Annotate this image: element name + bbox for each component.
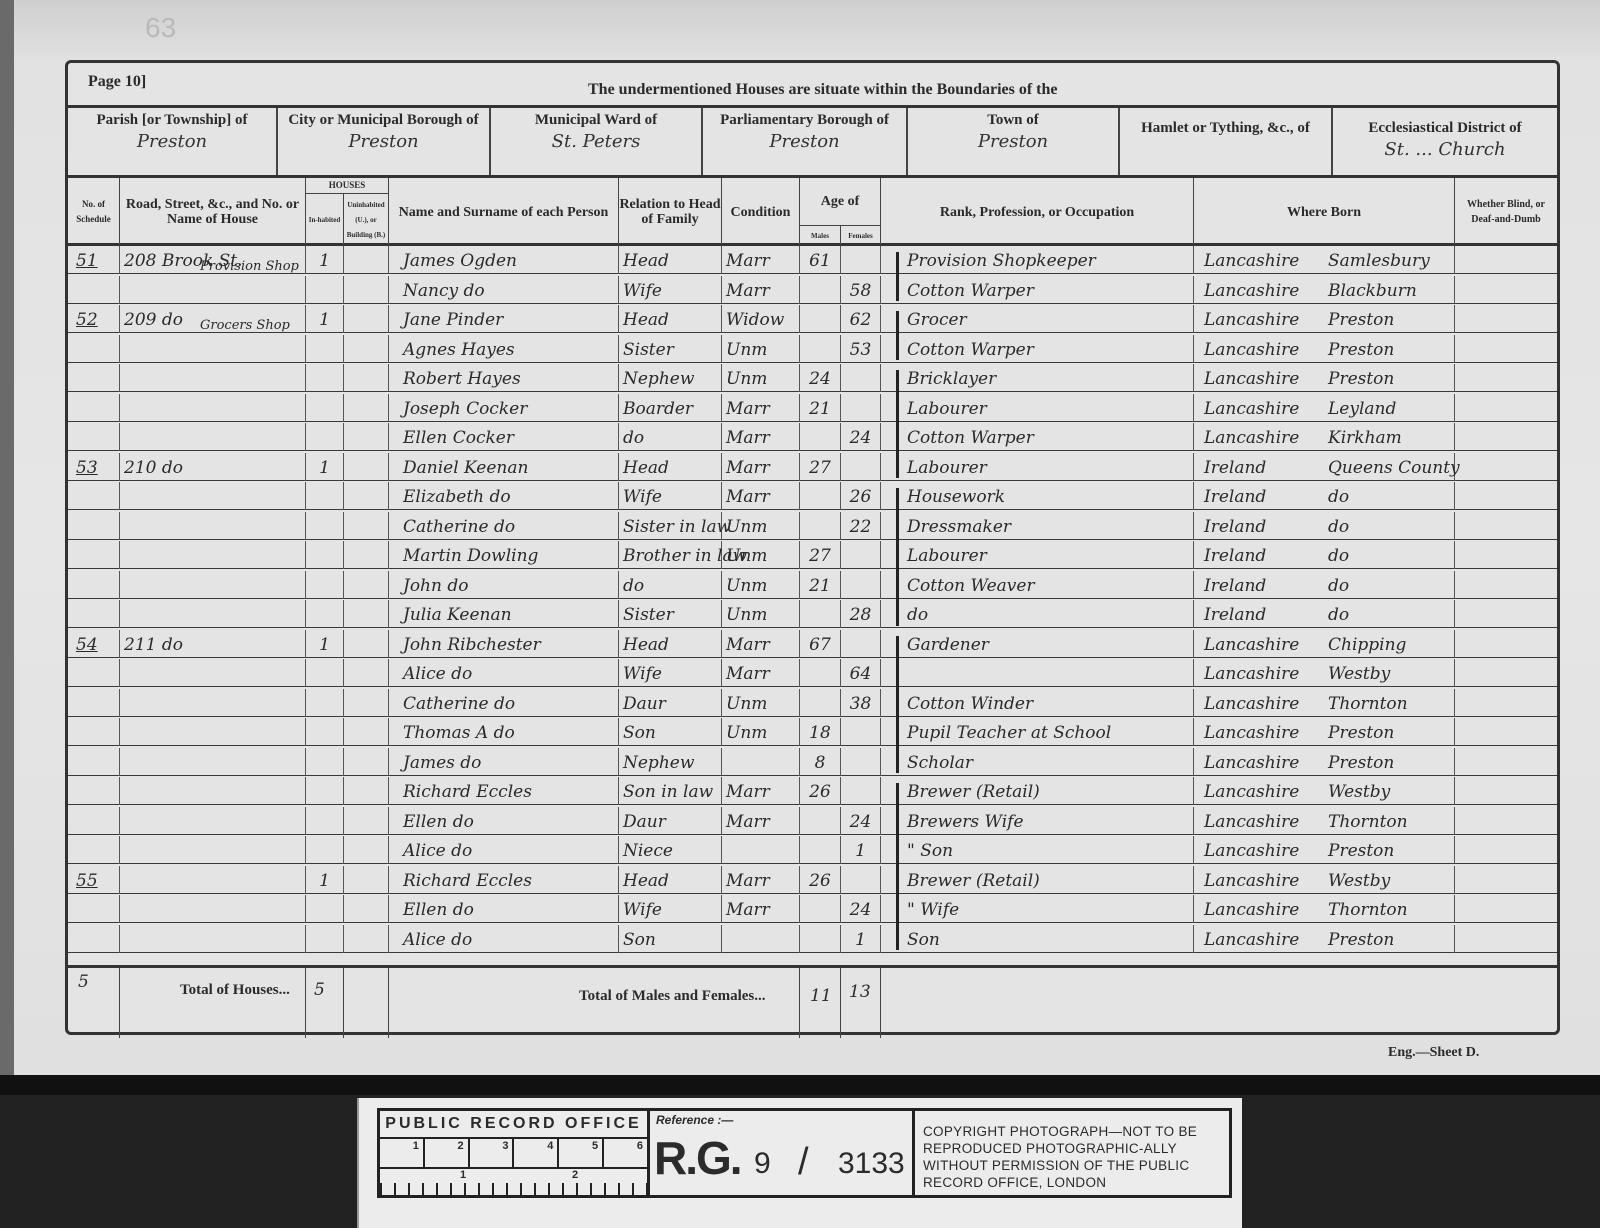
cm-tick: 5 [559, 1139, 604, 1167]
female-age: 38 [841, 689, 881, 717]
marital-condition: Marr [722, 630, 800, 658]
parliamentary-cell: Parliamentary Borough of Preston [703, 108, 908, 175]
inch-scale: 1 2 [380, 1169, 647, 1195]
street-address [120, 895, 306, 923]
male-age [800, 600, 841, 628]
ecclesiastical-label: Ecclesiastical District of [1333, 108, 1557, 137]
female-age: 26 [841, 482, 881, 510]
reference-piece: 9 [754, 1147, 771, 1181]
inhabited-count [306, 689, 344, 717]
table-row: John dodoUnm21Cotton WeaverIrelanddo [68, 571, 1557, 599]
occupation: Cotton Warper [881, 335, 1194, 363]
marital-condition: Marr [722, 659, 800, 687]
male-age: 18 [800, 718, 841, 746]
ecclesiastical-value: St. ... Church [1333, 139, 1557, 160]
house-name: Grocers Shop [120, 305, 306, 333]
occupation: Brewer (Retail) [881, 777, 1194, 805]
birth-county: Lancashire [1194, 423, 1324, 451]
inhabited-count [306, 512, 344, 540]
table-row: Martin DowlingBrother in lawUnm27Laboure… [68, 541, 1557, 569]
ecclesiastical-cell: Ecclesiastical District of St. ... Churc… [1333, 108, 1557, 175]
col-uninhabited: Uninhabited (U.), or Building (B.) [344, 194, 389, 246]
relation-to-head: Wife [619, 895, 722, 923]
schedule-number [68, 689, 120, 717]
borough-label: City or Municipal Borough of [278, 108, 489, 129]
birth-place: Preston [1324, 364, 1455, 392]
relation-to-head: Sister [619, 335, 722, 363]
marital-condition: Unm [722, 512, 800, 540]
household-brace [896, 783, 899, 950]
birth-place: Westby [1324, 777, 1455, 805]
street-address [120, 335, 306, 363]
person-name: John do [389, 571, 619, 599]
person-name: Alice do [389, 925, 619, 953]
person-name: Agnes Hayes [389, 335, 619, 363]
schedule-number [68, 335, 120, 363]
empty-cell [344, 394, 389, 422]
female-age [841, 394, 881, 422]
inch-tick: 1 [460, 1169, 466, 1181]
page-label: Page 10] [88, 73, 146, 91]
marital-condition: Marr [722, 423, 800, 451]
parish-cell: Parish [or Township] of Preston [68, 108, 278, 175]
birth-place: do [1324, 482, 1455, 510]
street-address [120, 394, 306, 422]
female-age [841, 777, 881, 805]
col-age: Age of [800, 178, 881, 226]
empty-cell [344, 866, 389, 894]
occupation: " Wife [881, 895, 1194, 923]
female-age: 24 [841, 895, 881, 923]
col-houses: HOUSES [306, 178, 389, 194]
birth-county: Ireland [1194, 512, 1324, 540]
female-age: 24 [841, 807, 881, 835]
empty-cell [344, 600, 389, 628]
occupation: Labourer [881, 394, 1194, 422]
person-name: Robert Hayes [389, 364, 619, 392]
schedule-number [68, 541, 120, 569]
schedule-number [68, 777, 120, 805]
public-record-office-label: PUBLIC RECORD OFFICE 1 2 3 4 5 6 1 2 Ref… [357, 1098, 1242, 1228]
birth-county: Lancashire [1194, 718, 1324, 746]
birth-place: Preston [1324, 925, 1455, 953]
relation-to-head: Boarder [619, 394, 722, 422]
male-age [800, 305, 841, 333]
empty-cell [1455, 512, 1557, 540]
person-name: Thomas A do [389, 718, 619, 746]
birth-county: Ireland [1194, 541, 1324, 569]
census-scan: 63 Page 10] The undermentioned Houses ar… [0, 0, 1600, 1075]
col-males: Males [800, 226, 841, 246]
table-row: Alice doSon1SonLancashirePreston [68, 925, 1557, 953]
street-address [120, 541, 306, 569]
household-brace [896, 370, 899, 478]
table-row: 51208 Brook St.1James OgdenHeadMarr61Pro… [68, 246, 1557, 274]
birth-county: Lancashire [1194, 394, 1324, 422]
table-row: Julia KeenanSisterUnm28doIrelanddo [68, 600, 1557, 628]
table-row: 551Richard EcclesHeadMarr26Brewer (Retai… [68, 866, 1557, 894]
empty-cell [344, 364, 389, 392]
schedule-number: 54 [68, 630, 120, 658]
female-age: 58 [841, 276, 881, 304]
table-row: Ellen doWifeMarr24" WifeLancashireThornt… [68, 895, 1557, 923]
empty-cell [1455, 630, 1557, 658]
street-address [120, 777, 306, 805]
person-name: Ellen do [389, 895, 619, 923]
person-name: Alice do [389, 836, 619, 864]
female-age: 1 [841, 836, 881, 864]
occupation: Labourer [881, 453, 1194, 481]
birth-county: Lancashire [1194, 335, 1324, 363]
parish-label: Parish [or Township] of [68, 108, 276, 129]
table-row: Joseph CockerBoarderMarr21LabourerLancas… [68, 394, 1557, 422]
birth-county: Lancashire [1194, 777, 1324, 805]
relation-to-head: Wife [619, 659, 722, 687]
marital-condition: Unm [722, 541, 800, 569]
male-age: 27 [800, 541, 841, 569]
male-age [800, 807, 841, 835]
empty-cell [1455, 600, 1557, 628]
empty-cell [1455, 453, 1557, 481]
birth-county: Lancashire [1194, 866, 1324, 894]
relation-to-head: Daur [619, 689, 722, 717]
female-age [841, 748, 881, 776]
cm-tick: 2 [425, 1139, 470, 1167]
inhabited-count: 1 [306, 246, 344, 274]
male-age: 67 [800, 630, 841, 658]
occupation: Housework [881, 482, 1194, 510]
column-header-row: No. of Schedule Road, Street, &c., and N… [68, 178, 1557, 246]
birth-county: Ireland [1194, 482, 1324, 510]
schedule-number [68, 423, 120, 451]
schedule-number [68, 394, 120, 422]
empty-cell [1455, 541, 1557, 569]
schedule-number [68, 276, 120, 304]
birth-place: Queens County [1324, 453, 1455, 481]
relation-to-head: Head [619, 866, 722, 894]
street-address: 211 do [120, 630, 306, 658]
total-schedules-cell: 5 [68, 968, 120, 1038]
col-females: Females [841, 226, 881, 246]
occupation: Labourer [881, 541, 1194, 569]
birth-place: Samlesbury [1324, 246, 1455, 274]
col-schedule: No. of Schedule [68, 178, 120, 246]
empty-cell [344, 512, 389, 540]
inhabited-count: 1 [306, 453, 344, 481]
birth-place: Preston [1324, 335, 1455, 363]
empty-cell [1455, 276, 1557, 304]
relation-to-head: Head [619, 246, 722, 274]
female-age [841, 571, 881, 599]
inhabited-count [306, 364, 344, 392]
cm-tick: 4 [514, 1139, 559, 1167]
town-value: Preston [908, 131, 1118, 152]
marital-condition: Marr [722, 246, 800, 274]
sheet-label: Eng.—Sheet D. [1388, 1045, 1479, 1061]
male-age [800, 423, 841, 451]
birth-place: do [1324, 541, 1455, 569]
birth-county: Ireland [1194, 600, 1324, 628]
street-address [120, 423, 306, 451]
occupation: Brewer (Retail) [881, 866, 1194, 894]
male-age [800, 895, 841, 923]
birth-county: Lancashire [1194, 246, 1324, 274]
birth-place: Preston [1324, 836, 1455, 864]
inhabited-count [306, 600, 344, 628]
table-row: Nancy doWifeMarr58Cotton WarperLancashir… [68, 276, 1557, 304]
empty-cell [344, 718, 389, 746]
street-address [120, 571, 306, 599]
birth-county: Ireland [1194, 453, 1324, 481]
marital-condition: Unm [722, 600, 800, 628]
table-row: Elizabeth doWifeMarr26HouseworkIrelanddo [68, 482, 1557, 510]
col-condition: Condition [722, 178, 800, 246]
relation-to-head: Sister in law [619, 512, 722, 540]
relation-to-head: Wife [619, 276, 722, 304]
col-blind-deaf: Whether Blind, or Deaf-and-Dumb [1455, 178, 1557, 246]
inhabited-count: 1 [306, 866, 344, 894]
ward-label: Municipal Ward of [491, 108, 701, 129]
schedule-number [68, 748, 120, 776]
female-age [841, 866, 881, 894]
empty-cell [344, 482, 389, 510]
birth-county: Lancashire [1194, 689, 1324, 717]
occupation: Son [881, 925, 1194, 953]
street-address [120, 482, 306, 510]
occupation: Provision Shopkeeper [881, 246, 1194, 274]
person-name: Richard Eccles [389, 866, 619, 894]
male-age: 26 [800, 866, 841, 894]
empty-cell [344, 689, 389, 717]
form-title-row: Page 10] The undermentioned Houses are s… [68, 63, 1557, 108]
empty-cell [344, 453, 389, 481]
street-address [120, 836, 306, 864]
person-name: Richard Eccles [389, 777, 619, 805]
total-females-cell: 13 [841, 968, 881, 1038]
birth-place: Westby [1324, 659, 1455, 687]
marital-condition: Widow [722, 305, 800, 333]
occupation: do [881, 600, 1194, 628]
col-relation: Relation to Head of Family [619, 178, 722, 246]
empty-cell [1455, 394, 1557, 422]
empty-cell [1455, 423, 1557, 451]
birth-county: Lancashire [1194, 630, 1324, 658]
street-address [120, 807, 306, 835]
inhabited-count [306, 394, 344, 422]
male-age [800, 659, 841, 687]
schedule-number: 52 [68, 305, 120, 333]
cm-tick: 1 [380, 1139, 425, 1167]
marital-condition [722, 748, 800, 776]
male-age: 8 [800, 748, 841, 776]
total-houses-value: 5 [314, 980, 325, 1000]
schedule-number [68, 482, 120, 510]
inhabited-count [306, 748, 344, 776]
occupation: Scholar [881, 748, 1194, 776]
marital-condition: Marr [722, 482, 800, 510]
inhabited-count [306, 276, 344, 304]
relation-to-head: Nephew [619, 364, 722, 392]
inhabited-count [306, 335, 344, 363]
cm-tick: 3 [470, 1139, 515, 1167]
marital-condition: Unm [722, 364, 800, 392]
inhabited-count [306, 423, 344, 451]
town-label: Town of [908, 108, 1118, 129]
female-age: 53 [841, 335, 881, 363]
relation-to-head: Sister [619, 600, 722, 628]
male-age: 27 [800, 453, 841, 481]
person-name: Catherine do [389, 512, 619, 540]
empty-cell [344, 659, 389, 687]
street-address [120, 600, 306, 628]
schedule-number [68, 600, 120, 628]
relation-to-head: Wife [619, 482, 722, 510]
empty-cell [1455, 807, 1557, 835]
schedule-number [68, 807, 120, 835]
birth-county: Ireland [1194, 571, 1324, 599]
empty-cell [344, 925, 389, 953]
female-age: 22 [841, 512, 881, 540]
empty-cell [1455, 482, 1557, 510]
inhabited-count [306, 659, 344, 687]
street-address [120, 718, 306, 746]
occupation: Gardener [881, 630, 1194, 658]
table-row: Ellen CockerdoMarr24Cotton WarperLancash… [68, 423, 1557, 451]
female-age [841, 541, 881, 569]
town-cell: Town of Preston [908, 108, 1120, 175]
inhabited-count: 1 [306, 305, 344, 333]
relation-to-head: do [619, 423, 722, 451]
empty-cell [1455, 836, 1557, 864]
birth-place: Thornton [1324, 807, 1455, 835]
inhabited-count [306, 571, 344, 599]
relation-to-head: Brother in law [619, 541, 722, 569]
person-name: James do [389, 748, 619, 776]
occupation: Cotton Winder [881, 689, 1194, 717]
empty-cell [1455, 246, 1557, 274]
occupation: Dressmaker [881, 512, 1194, 540]
schedule-number [68, 718, 120, 746]
marital-condition: Marr [722, 807, 800, 835]
female-age [841, 453, 881, 481]
schedule-number: 55 [68, 866, 120, 894]
birth-place: Kirkham [1324, 423, 1455, 451]
inhabited-count [306, 836, 344, 864]
empty-cell [344, 541, 389, 569]
schedule-number [68, 895, 120, 923]
occupation [881, 659, 1194, 687]
birth-place: Blackburn [1324, 276, 1455, 304]
pro-reference-section: Reference :— R.G. 9 / 3133 [650, 1111, 915, 1195]
empty-cell [344, 276, 389, 304]
birth-place: Chipping [1324, 630, 1455, 658]
pro-label-box: PUBLIC RECORD OFFICE 1 2 3 4 5 6 1 2 Ref… [377, 1108, 1232, 1198]
faint-folio-number: 63 [145, 12, 176, 44]
house-name: Provision Shop [120, 246, 306, 274]
person-name: Elizabeth do [389, 482, 619, 510]
empty-cell [344, 630, 389, 658]
marital-condition [722, 836, 800, 864]
person-name: Joseph Cocker [389, 394, 619, 422]
total-males: 11 [810, 986, 832, 1006]
table-row: Catherine doDaurUnm38Cotton WinderLancas… [68, 689, 1557, 717]
empty-cell [1455, 571, 1557, 599]
female-age: 62 [841, 305, 881, 333]
birth-county: Lancashire [1194, 305, 1324, 333]
birth-place: Thornton [1324, 689, 1455, 717]
household-brace [896, 488, 899, 626]
table-row: Robert HayesNephewUnm24BricklayerLancash… [68, 364, 1557, 392]
birth-place: Preston [1324, 718, 1455, 746]
person-name: Catherine do [389, 689, 619, 717]
marital-condition: Marr [722, 777, 800, 805]
person-name: Julia Keenan [389, 600, 619, 628]
empty-cell [1455, 895, 1557, 923]
male-age: 21 [800, 394, 841, 422]
birth-place: Leyland [1324, 394, 1455, 422]
male-age [800, 925, 841, 953]
schedule-number: 51 [68, 246, 120, 274]
birth-place: Preston [1324, 748, 1455, 776]
schedule-number [68, 512, 120, 540]
reference-folio: 3133 [838, 1147, 905, 1181]
total-uninhabited-cell [344, 968, 389, 1038]
relation-to-head: Niece [619, 836, 722, 864]
col-where-born: Where Born [1194, 178, 1455, 246]
birth-place: do [1324, 600, 1455, 628]
reference-slash: / [798, 1141, 809, 1184]
pro-office-title: PUBLIC RECORD OFFICE [380, 1111, 647, 1139]
street-address [120, 364, 306, 392]
cm-tick: 6 [604, 1139, 647, 1167]
occupation: " Son [881, 836, 1194, 864]
schedule-number [68, 836, 120, 864]
empty-cell [1455, 748, 1557, 776]
male-age: 21 [800, 571, 841, 599]
birth-county: Lancashire [1194, 364, 1324, 392]
total-houses-label: Total of Houses... [180, 982, 290, 999]
copyright-notice: COPYRIGHT PHOTOGRAPH—NOT TO BE REPRODUCE… [915, 1111, 1229, 1195]
household-brace [896, 636, 899, 774]
empty-cell [1455, 777, 1557, 805]
scan-edge [0, 0, 14, 1075]
occupation: Grocer [881, 305, 1194, 333]
inhabited-count [306, 541, 344, 569]
inhabited-count: 1 [306, 630, 344, 658]
parliamentary-label: Parliamentary Borough of [703, 108, 906, 129]
person-name: Daniel Keenan [389, 453, 619, 481]
empty-cell [344, 777, 389, 805]
hamlet-label: Hamlet or Tything, &c., of [1120, 108, 1331, 137]
marital-condition: Marr [722, 895, 800, 923]
female-age: 24 [841, 423, 881, 451]
marital-condition: Marr [722, 453, 800, 481]
marital-condition: Marr [722, 276, 800, 304]
relation-to-head: Nephew [619, 748, 722, 776]
empty-cell [1455, 925, 1557, 953]
ward-value: St. Peters [491, 131, 701, 152]
hamlet-cell: Hamlet or Tything, &c., of [1120, 108, 1333, 175]
inhabited-count [306, 807, 344, 835]
female-age: 28 [841, 600, 881, 628]
col-occupation: Rank, Profession, or Occupation [881, 178, 1194, 246]
male-age [800, 689, 841, 717]
table-row: Catherine doSister in lawUnm22Dressmaker… [68, 512, 1557, 540]
col-name: Name and Surname of each Person [389, 178, 619, 246]
street-address: 210 do [120, 453, 306, 481]
relation-to-head: Daur [619, 807, 722, 835]
birth-place: Preston [1324, 305, 1455, 333]
